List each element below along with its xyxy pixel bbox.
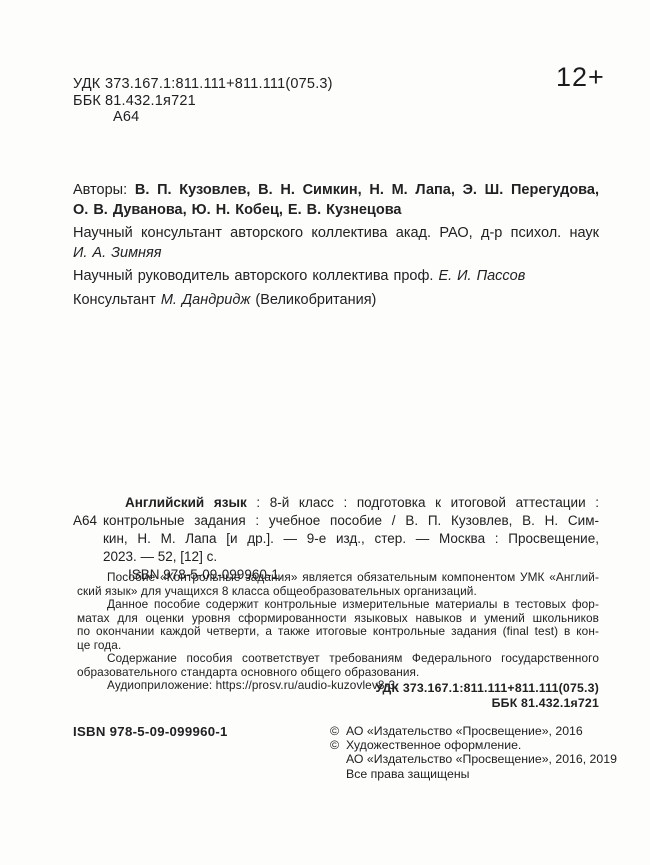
consultant-name: М. Дандридж xyxy=(161,292,251,308)
science-consultant-text: Научный консультант авторского коллектив… xyxy=(73,224,599,244)
annotation-line: образовательного стандарта основного общ… xyxy=(77,666,599,680)
consultant-paragraph: Консультант М. Дандридж (Великобритания) xyxy=(73,291,599,311)
science-consultant-name: И. А. Зимняя xyxy=(73,244,599,264)
imprint-page: УДК 373.167.1:811.111+811.111(075.3) ББК… xyxy=(0,0,650,865)
age-rating-badge: 12+ xyxy=(556,62,605,93)
bottom-bbk: ББК 81.432.1я721 xyxy=(375,696,599,711)
bottom-classification-codes: УДК 373.167.1:811.111+811.111(075.3) ББК… xyxy=(375,681,599,710)
copyright-line: АО «Издательство «Просвещение», 2016, 20… xyxy=(330,752,617,766)
authors-block: Авторы: В. П. Кузовлев, В. Н. Симкин, Н.… xyxy=(73,181,599,314)
annotation-line: Содержание пособия соответствует требова… xyxy=(77,652,599,666)
science-consultant-paragraph: Научный консультант авторского коллектив… xyxy=(73,224,599,263)
consultant-country: (Великобритания) xyxy=(255,292,376,308)
catalog-line2: контрольные задания : учебное пособие / … xyxy=(103,512,599,530)
science-leader-paragraph: Научный руководитель авторского коллекти… xyxy=(73,267,599,287)
udc-row: УДК 373.167.1:811.111+811.111(075.3) xyxy=(73,76,333,93)
catalog-author-sign: А64 xyxy=(73,512,97,530)
bottom-udc: УДК 373.167.1:811.111+811.111(075.3) xyxy=(375,681,599,696)
authors-paragraph: Авторы: В. П. Кузовлев, В. Н. Симкин, Н.… xyxy=(73,181,599,220)
science-leader-name: Е. И. Пассов xyxy=(438,268,525,284)
copyright-line: © АО «Издательство «Просвещение», 2016 xyxy=(330,724,617,738)
copyright-symbol: © xyxy=(330,724,346,738)
classification-codes: УДК 373.167.1:811.111+811.111(075.3) ББК… xyxy=(73,76,333,126)
authors-names-line2: О. В. Дуванова, Ю. Н. Кобец, Е. В. Кузне… xyxy=(73,202,402,218)
book-title: Английский язык xyxy=(125,495,247,510)
annotation: Пособие «Контрольные задания» является о… xyxy=(77,571,599,693)
copyright-line: Все права защищены xyxy=(330,767,617,781)
annotation-line: Пособие «Контрольные задания» является о… xyxy=(77,571,599,585)
bbk-label: ББК xyxy=(73,93,105,110)
copyright-block: © АО «Издательство «Просвещение», 2016 ©… xyxy=(330,724,617,781)
annotation-line: це года. xyxy=(77,639,599,653)
footer-isbn: ISBN 978-5-09-099960-1 xyxy=(73,725,228,739)
authors-label: Авторы: xyxy=(73,182,127,198)
consultant-label: Консультант xyxy=(73,292,156,308)
udc-value: 373.167.1:811.111+811.111(075.3) xyxy=(105,76,333,93)
annotation-line: по окончании каждой четверти, а также ит… xyxy=(77,625,599,639)
authors-names-line1: В. П. Кузовлев, В. Н. Симкин, Н. М. Лапа… xyxy=(135,182,599,198)
science-leader-text: Научный руководитель авторского коллекти… xyxy=(73,268,433,284)
annotation-line: матах для оценки уровня сформированности… xyxy=(77,612,599,626)
author-sign-row: А64 xyxy=(73,109,333,126)
copyright-text: Все права защищены xyxy=(346,767,470,781)
copyright-text: Художественное оформление. xyxy=(346,738,521,752)
bbk-value: 81.432.1я721 xyxy=(105,93,196,110)
catalog-line4: 2023. — 52, [12] с. xyxy=(103,548,599,566)
catalog-line3: кин, Н. М. Лапа [и др.]. — 9-е изд., сте… xyxy=(103,530,599,548)
copyright-line: © Художественное оформление. xyxy=(330,738,617,752)
catalog-line1-rest: : 8-й класс : подготовка к итоговой атте… xyxy=(256,495,599,510)
annotation-line: Данное пособие содержит контрольные изме… xyxy=(77,598,599,612)
copyright-text: АО «Издательство «Просвещение», 2016, 20… xyxy=(346,752,617,766)
author-sign: А64 xyxy=(113,109,139,126)
annotation-line: ский язык» для учащихся 8 класса общеобр… xyxy=(77,585,599,599)
copyright-text: АО «Издательство «Просвещение», 2016 xyxy=(346,724,583,738)
bbk-row: ББК 81.432.1я721 xyxy=(73,93,333,110)
copyright-symbol: © xyxy=(330,738,346,752)
udc-label: УДК xyxy=(73,76,105,93)
